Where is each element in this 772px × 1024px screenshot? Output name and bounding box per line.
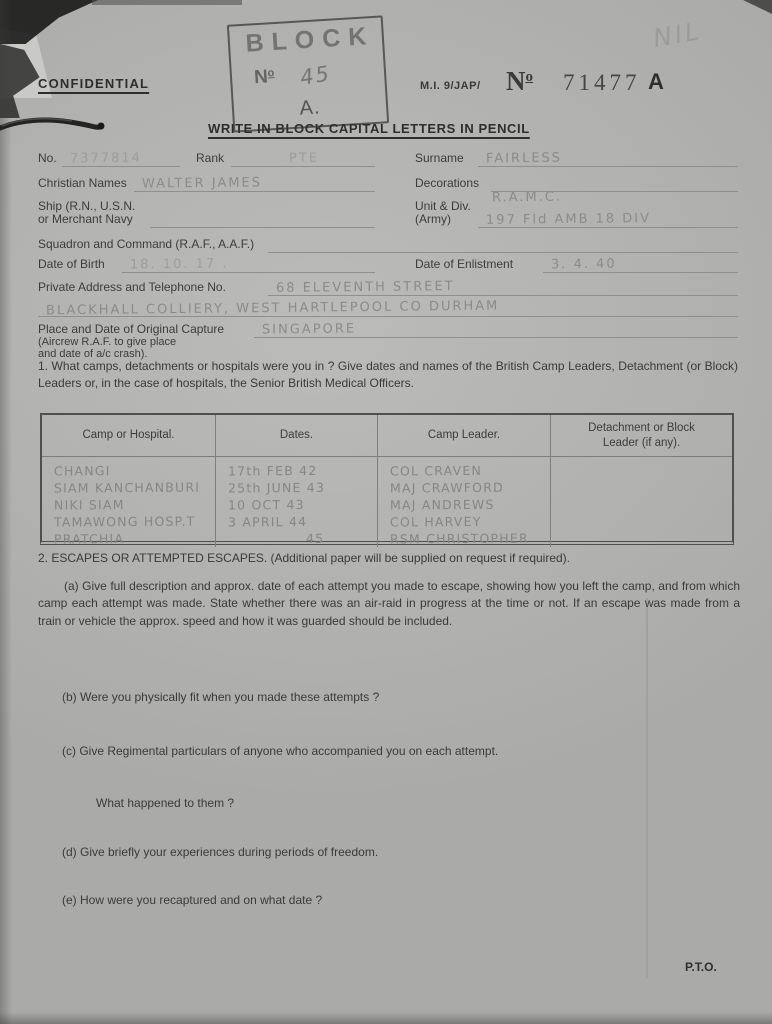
camp-detachment	[563, 461, 732, 462]
private-address-field-line2: BLACKHALL COLLIERY, WEST HARTLEPOOL CO D…	[38, 298, 738, 317]
camp-name: TAMAWONG HOSP.T	[54, 512, 215, 530]
page-turn-over-label: P.T.O.	[685, 960, 717, 974]
unit-label-line2: (Army)	[415, 212, 451, 226]
rank-field: PTE	[231, 148, 375, 167]
torn-edge-top-right	[738, 0, 772, 14]
classification-label: CONFIDENTIAL	[38, 76, 149, 91]
service-number-value: 7377814	[70, 151, 142, 167]
camp-date: 17th FEB 42	[228, 461, 377, 479]
camp-leader: MAJ ANDREWS	[390, 495, 550, 513]
date-of-enlistment-field: 3. 4. 40	[543, 254, 738, 273]
private-address-label: Private Address and Telephone No.	[38, 280, 226, 294]
capture-label: Place and Date of Original Capture	[38, 322, 224, 336]
dark-top-edge	[92, 0, 242, 5]
capture-field: SINGAPORE	[254, 319, 738, 338]
date-of-birth-field: 18. 10. 17 .	[122, 254, 375, 273]
camps-table-header-leader: Camp Leader.	[378, 415, 551, 457]
date-of-birth-label: Date of Birth	[38, 257, 105, 271]
camp-detachment	[563, 461, 732, 462]
camp-name: NIKI SIAM	[54, 495, 215, 513]
camps-table-column-leaders: COL CRAVEN MAJ CRAWFORD MAJ ANDREWS COL …	[378, 457, 551, 547]
capture-sublabel-line1: (Aircrew R.A.F. to give place	[38, 336, 176, 348]
camp-name: CHANGI	[54, 461, 215, 479]
left-edge-shadow	[0, 0, 12, 1024]
question-2c-followup-text: What happened to them ?	[96, 796, 234, 810]
camp-date: 3 APRIL 44	[228, 512, 377, 530]
camp-detachment	[563, 461, 732, 462]
torn-edge-top-left	[0, 0, 98, 44]
camps-table-column-dates: 17th FEB 42 25th JUNE 43 10 OCT 43 3 APR…	[216, 457, 378, 547]
binding-thread	[0, 110, 120, 150]
camps-table-header-dates: Dates.	[216, 415, 378, 457]
private-address-value-line2: BLACKHALL COLLIERY, WEST HARTLEPOOL CO D…	[46, 299, 500, 319]
question-2d-text: (d) Give briefly your experiences during…	[62, 845, 378, 859]
decorations-label: Decorations	[415, 176, 479, 190]
form-instruction-heading: WRITE IN BLOCK CAPITAL LETTERS IN PENCIL	[208, 121, 530, 136]
camp-name: SIAM KANCHANBURI	[54, 478, 215, 496]
form-serial-number: 71477	[563, 70, 641, 96]
unit-field: 197 Fld AMB 18 DIV	[478, 209, 738, 228]
camp-date: 45	[228, 529, 377, 547]
christian-names-field: WALTER JAMES	[134, 173, 375, 192]
camp-leader: RSM CHRISTOPHER	[390, 529, 550, 547]
pencil-note-nil: NIL	[651, 16, 704, 53]
paper-crease-right	[646, 598, 648, 978]
christian-names-label: Christian Names	[38, 176, 127, 190]
block-number-stamp: BLOCK No 45 A.	[227, 15, 389, 132]
unit-corps-value: R.A.M.C.	[492, 190, 562, 206]
stamp-block-number-handwritten: 45	[299, 61, 333, 90]
rank-value: PTE	[289, 151, 319, 166]
service-number-label: No.	[38, 151, 57, 165]
camp-name: PRATCHIA	[54, 529, 215, 547]
camps-table-column-detachment	[551, 457, 732, 547]
service-number-field: 7377814	[62, 148, 180, 167]
stamp-block-letter: A.	[299, 96, 321, 120]
camp-date: 10 OCT 43	[228, 495, 377, 513]
fold-crease-bottom-left	[0, 935, 90, 1020]
capture-value: SINGAPORE	[262, 322, 356, 338]
camp-leader: COL CRAVEN	[390, 461, 550, 479]
form-reference-prefix: M.I. 9/JAP/	[420, 80, 481, 92]
ship-label-line2: or Merchant Navy	[38, 212, 133, 226]
camps-table: Camp or Hospital. Dates. Camp Leader. De…	[40, 413, 734, 545]
camps-table-header-detachment: Detachment or Block Leader (if any).	[551, 415, 732, 457]
squadron-label: Squadron and Command (R.A.F., A.A.F.)	[38, 237, 254, 251]
form-suffix-letter: A	[648, 69, 664, 95]
camp-detachment	[563, 461, 732, 462]
form-number-label: No	[506, 66, 533, 97]
question-2e-text: (e) How were you recaptured and on what …	[62, 893, 322, 907]
squadron-field	[268, 234, 738, 253]
date-of-enlistment-value: 3. 4. 40	[551, 257, 617, 273]
date-of-birth-value: 18. 10. 17 .	[130, 256, 229, 272]
private-address-field-line1: 68 ELEVENTH STREET	[268, 277, 738, 296]
private-address-value-line1: 68 ELEVENTH STREET	[276, 279, 455, 296]
surname-label: Surname	[415, 151, 464, 165]
camp-detachment	[563, 461, 732, 462]
question-2c-text: (c) Give Regimental particulars of anyon…	[62, 744, 498, 758]
ship-field	[150, 209, 375, 228]
camps-table-header-camp: Camp or Hospital.	[42, 415, 216, 457]
rank-label: Rank	[196, 151, 224, 165]
camp-date: 25th JUNE 43	[228, 478, 377, 496]
question-1-text: 1. What camps, detachments or hospitals …	[38, 358, 738, 393]
question-2b-text: (b) Were you physically fit when you mad…	[62, 690, 379, 704]
date-of-enlistment-label: Date of Enlistment	[415, 257, 513, 271]
question-2-heading: 2. ESCAPES OR ATTEMPTED ESCAPES. (Additi…	[38, 550, 738, 567]
surname-field: FAIRLESS	[478, 148, 738, 167]
question-2a-text: (a) Give full description and approx. da…	[38, 578, 740, 630]
christian-names-value: WALTER JAMES	[142, 175, 262, 191]
stamp-no-label: No	[253, 66, 275, 89]
unit-label-line1: Unit & Div.	[415, 199, 471, 213]
camp-leader: MAJ CRAWFORD	[390, 478, 550, 496]
ship-label-line1: Ship (R.N., U.S.N.	[38, 199, 135, 213]
unit-value: 197 Fld AMB 18 DIV	[486, 211, 651, 228]
stamp-block-word: BLOCK	[237, 22, 375, 59]
scanned-pow-questionnaire-form: CONFIDENTIAL BLOCK No 45 A. M.I. 9/JAP/ …	[0, 0, 772, 1024]
surname-value: FAIRLESS	[486, 151, 562, 167]
camps-table-column-camps: CHANGI SIAM KANCHANBURI NIKI SIAM TAMAWO…	[42, 457, 216, 547]
bottom-edge-shadow	[0, 1012, 772, 1024]
camp-leader: COL HARVEY	[390, 512, 550, 530]
